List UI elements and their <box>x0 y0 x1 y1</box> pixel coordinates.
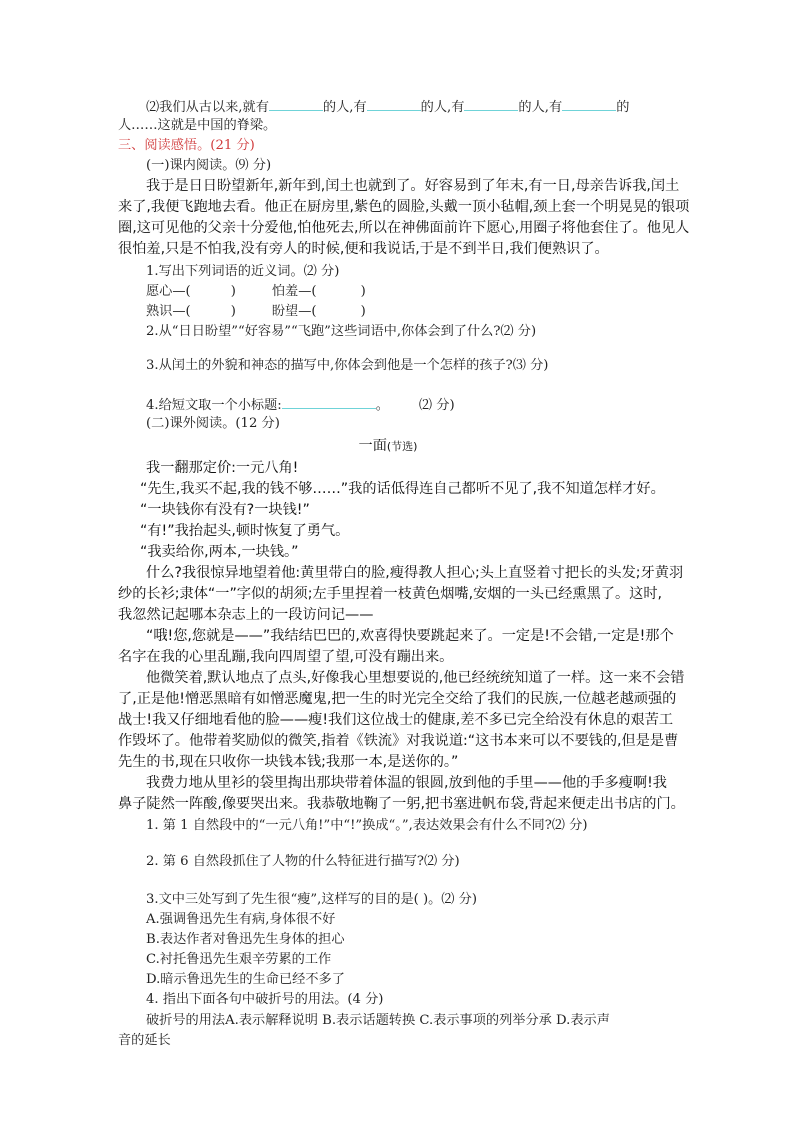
passage-line: “先生,我买不起,我的钱不够……”我的话低得连自己都听不见了,我不知道怎样才好。 <box>140 479 665 499</box>
question-text: 。 <box>376 398 389 413</box>
option-a[interactable]: A.强调鲁迅先生有病,身体很不好 <box>146 910 335 930</box>
passage-line: 作毁坏了。他带着奖励似的微笑,指着《铁流》对我说道:“这书本来可以不要钱的,但是… <box>118 731 678 751</box>
question-text: 的人,有 <box>323 100 367 115</box>
answer-blank[interactable] <box>367 96 421 111</box>
passage-line: 鼻子陡然一阵酸,像要哭出来。我恭敬地鞠了一躬,把书塞进帆布袋,背起来便走出书店的… <box>118 794 685 814</box>
question-1: 1.写出下列词语的近义词。⑵ 分) <box>146 262 339 282</box>
answer-blank[interactable] <box>562 96 616 111</box>
synonym-word: 愿心—( <box>146 284 191 299</box>
passage-line: 很怕羞,只是不怕我,没有旁人的时候,便和我说话,于是不到半日,我们便熟识了。 <box>118 239 609 259</box>
passage-line: 我一翻那定价:一元八角! <box>146 458 298 478</box>
passage-line: 我费力地从里衫的袋里掏出那块带着体温的银圆,放到他的手里——他的手多瘦啊!我 <box>146 773 667 793</box>
question-text: 的人,有 <box>421 100 465 115</box>
question-text: 的人,有 <box>518 100 562 115</box>
passage-line: 来了,我便飞跑地去看。他正在厨房里,紫色的圆脸,头戴一顶小毡帽,颈上套一个明晃晃… <box>118 197 689 217</box>
paren-close: ) <box>231 284 236 299</box>
title-text: 一面 <box>359 438 387 454</box>
question-3: 3.文中三处写到了先生很“瘦”,这样写的目的是( )。⑵ 分) <box>146 890 477 910</box>
answer-blank[interactable] <box>464 96 518 111</box>
paren-close: ) <box>231 304 236 319</box>
question-4: 4. 指出下面各句中破折号的用法。(4 分) <box>146 990 383 1010</box>
question-4: 4.给短文取一个小标题:。⑵ 分) <box>146 394 455 416</box>
passage-line: 什么?我很惊异地望着他:黄里带白的脸,瘦得教人担心;头上直竖着寸把长的头发;牙黄… <box>146 563 683 583</box>
synonym-row: 熟识—()盼望—() <box>146 302 366 322</box>
passage-line: 我于是日日盼望新年,新年到,闰土也就到了。好容易到了年末,有一日,母亲告诉我,闰… <box>146 176 679 196</box>
answer-blank[interactable] <box>269 96 323 111</box>
synonym-row: 愿心—()怕羞—() <box>146 282 366 302</box>
passage-line: 纱的长衫;隶体“一”字似的胡须;左手里捏着一枝黄色烟嘴,安烟的一头已经熏黑了。这… <box>118 584 662 604</box>
synonym-word: 怕羞—( <box>272 284 317 299</box>
question-text: 4.给短文取一个小标题: <box>146 398 282 413</box>
passage-line: 了,正是他!憎恶黑暗有如憎恶魔鬼,把一生的时光完全交给了我们的民族,一位越老越顽… <box>118 689 676 709</box>
question-1: 1. 第 1 自然段中的“一元八角!”中“!”换成“。”,表达效果会有什么不同?… <box>146 816 587 836</box>
synonym-word: 熟识—( <box>146 304 191 319</box>
dash-usage-options: 破折号的用法A.表示解释说明 B.表示话题转换 C.表示事项的列举分承 D.表示… <box>146 1011 610 1031</box>
passage-line: 我忽然记起哪本杂志上的一段访问记—— <box>118 605 373 625</box>
passage-line: 战士!我又仔细地看他的脸——瘦!我们这位战士的健康,差不多已完全给没有休息的艰苦… <box>118 710 673 730</box>
question-text: ⑵我们从古以来,就有 <box>146 100 269 115</box>
synonym-word: 盼望—( <box>272 304 317 319</box>
score: ⑵ 分) <box>419 398 455 413</box>
dash-usage-options-cont: 音的延长 <box>118 1031 171 1051</box>
passage-line: “哦!您,您就是——”我结结巴巴的,欢喜得快要跳起来了。一定是!不会错,一定是!… <box>146 626 674 646</box>
question-2: 2. 第 6 自然段抓住了人物的什么特征进行描写?⑵ 分) <box>146 852 460 872</box>
option-b[interactable]: B.表达作者对鲁迅先生身体的担心 <box>146 930 345 950</box>
part2-heading: (二)课外阅读。(12 分) <box>146 414 280 434</box>
fill-in-question-2: ⑵我们从古以来,就有的人,有的人,有的人,有的 <box>146 96 629 118</box>
passage-title: 一面(节选) <box>118 436 658 457</box>
question-2: 2.从“日日盼望”“好容易”“飞跑”这些词语中,你体会到了什么?⑵ 分) <box>146 322 536 342</box>
option-d[interactable]: D.暗示鲁迅先生的生命已经不多了 <box>146 970 345 990</box>
paren-close: ) <box>361 284 366 299</box>
passage-line: “一块钱你有没有?一块钱!” <box>140 500 310 520</box>
answer-blank[interactable] <box>282 394 376 409</box>
passage-line: 他微笑着,默认地点了点头,好像我心里想要说的,他已经统统知道了一样。这一来不会错 <box>146 668 684 688</box>
title-note: (节选) <box>387 440 418 453</box>
fill-in-question-2-line2: 人……这就是中国的脊梁。 <box>118 116 276 136</box>
section-heading: 三、阅读感悟。(21 分) <box>118 136 255 156</box>
passage-line: 圈,这可见他的父亲十分爱他,怕他死去,所以在神佛面前许下愿心,用圈子将他套住了。… <box>118 218 689 238</box>
passage-line: “我卖给你,两本,一块钱。” <box>140 542 299 562</box>
passage-line: 名字在我的心里乱蹦,我向四周望了望,可没有蹦出来。 <box>118 647 453 667</box>
option-c[interactable]: C.衬托鲁迅先生艰辛劳累的工作 <box>146 950 331 970</box>
passage-line: 先生的书,现在只收你一块钱本钱;我那一本,是送你的。” <box>118 752 458 772</box>
part1-heading: (一)课内阅读。⑼ 分) <box>146 156 271 176</box>
question-3: 3.从闰土的外貌和神态的描写中,你体会到他是一个怎样的孩子?⑶ 分) <box>146 356 548 376</box>
question-text: 的 <box>616 100 629 115</box>
passage-line: “有!”我抬起头,顿时恢复了勇气。 <box>140 521 349 541</box>
paren-close: ) <box>361 304 366 319</box>
